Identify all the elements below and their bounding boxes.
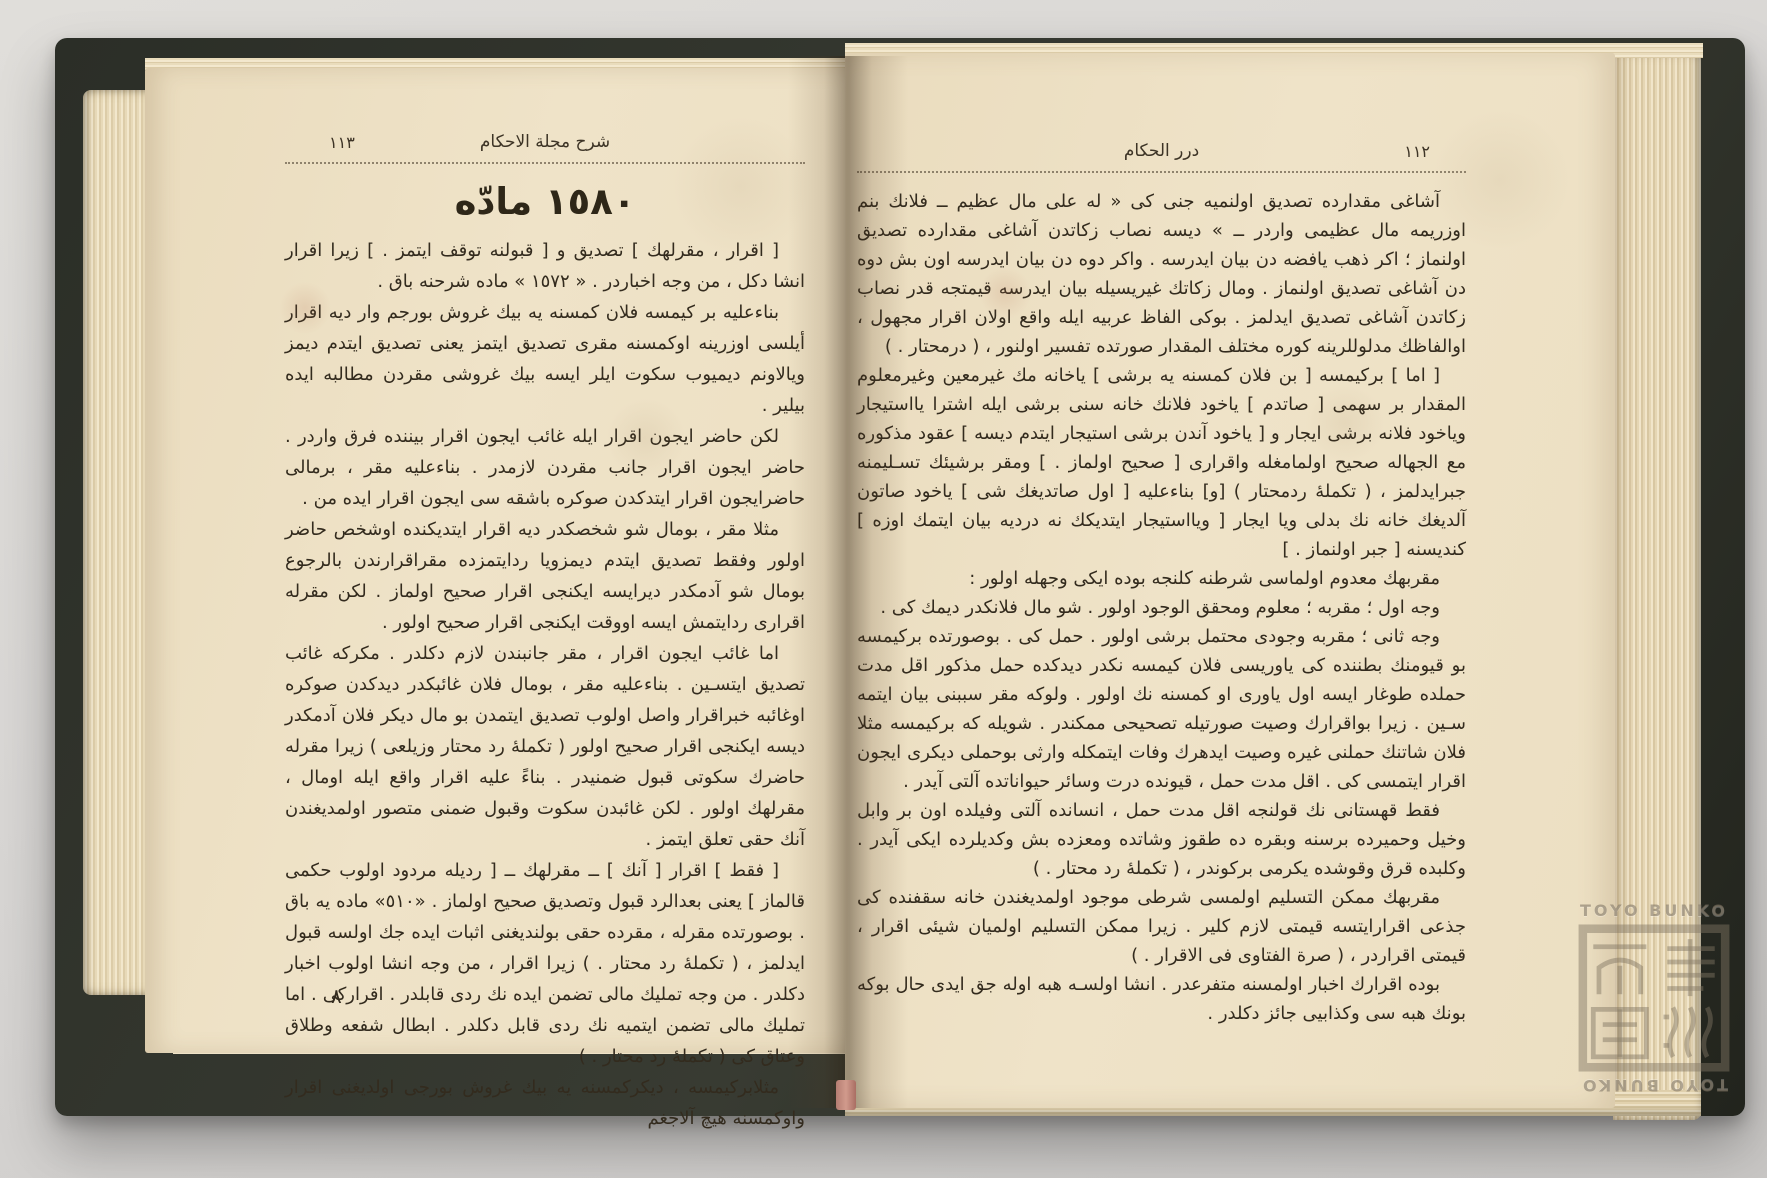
paragraph: لكن حاضر ايجون اقرار ايله غائب ايجون اقر… [285,421,805,514]
left-page-number: ١١٣ [329,133,355,152]
right-page-text: آشاغى مقدارده تصديق اولنميه جنى كى « له … [857,187,1466,1028]
paragraph: [ اما ] بركيمسه [ بن فلان كمسنه يه برشى … [857,361,1466,564]
left-page-text: [ اقرار ، مقرلهك ] تصديق و [ قبولنه توقف… [285,235,805,1134]
article-heading: ١٥٨٠ مادّه [285,180,805,223]
right-page: ١١٢ درر الحكام آشاغى مقدارده تصديق اولنم… [845,53,1615,1108]
paragraph: مقربهك معدوم اولماسى شرطنه كلنجه بوده اي… [857,564,1466,593]
open-book: ١١٣ شرح مجلة الاحكام ١٥٨٠ مادّه [ اقرار … [55,38,1745,1116]
photo-scene: ١١٣ شرح مجلة الاحكام ١٥٨٠ مادّه [ اقرار … [0,0,1767,1178]
left-page-content: ١١٣ شرح مجلة الاحكام ١٥٨٠ مادّه [ اقرار … [285,132,805,1134]
right-page-header: ١١٢ درر الحكام [857,141,1466,167]
header-spacer [857,173,1466,187]
left-page-header: ١١٣ شرح مجلة الاحكام [285,132,805,158]
right-page-number: ١١٢ [1404,142,1430,161]
headband [836,1080,856,1110]
paragraph: [ فقط ] اقرار [ آنك ] ــ مقرلهك ــ [ ردي… [285,855,805,1072]
paragraph: بوده اقرارك اخبار اولمسنه متفرعدر . انشا… [857,970,1466,1028]
paragraph: اما غائب ايجون اقرار ، مقر جانبندن لازم … [285,638,805,855]
left-page: ١١٣ شرح مجلة الاحكام ١٥٨٠ مادّه [ اقرار … [145,68,845,1053]
right-page-content: ١١٢ درر الحكام آشاغى مقدارده تصديق اولنم… [857,141,1466,1028]
paragraph: فقط قهستانى نك قولنجه اقل مدت حمل ، انسا… [857,796,1466,883]
right-running-title: درر الحكام [1124,141,1199,161]
paragraph: مقربهك ممكن التسليم اولمسى شرطى موجود او… [857,883,1466,970]
paragraph: وجه ثانى ؛ مقربه وجودى محتمل برشى اولور … [857,622,1466,796]
paragraph: بناءعليه بر كيمسه فلان كمسنه يه بيك غروش… [285,297,805,421]
paragraph: مثلا مقر ، بومال شو شخصكدر ديه اقرار ايت… [285,514,805,638]
signature-mark: ٨ [331,984,342,1008]
paragraph: آشاغى مقدارده تصديق اولنميه جنى كى « له … [857,187,1466,361]
paragraph: وجه اول ؛ مقربه ؛ معلوم ومحقق الوجود اول… [857,593,1466,622]
left-running-title: شرح مجلة الاحكام [480,132,610,152]
page-edges-right [1613,52,1701,1120]
paragraph: مثلابركيمسه ، ديكركمسنه يه بيك غروش بورج… [285,1072,805,1134]
header-rule-left [285,159,805,164]
paragraph: [ اقرار ، مقرلهك ] تصديق و [ قبولنه توقف… [285,235,805,297]
